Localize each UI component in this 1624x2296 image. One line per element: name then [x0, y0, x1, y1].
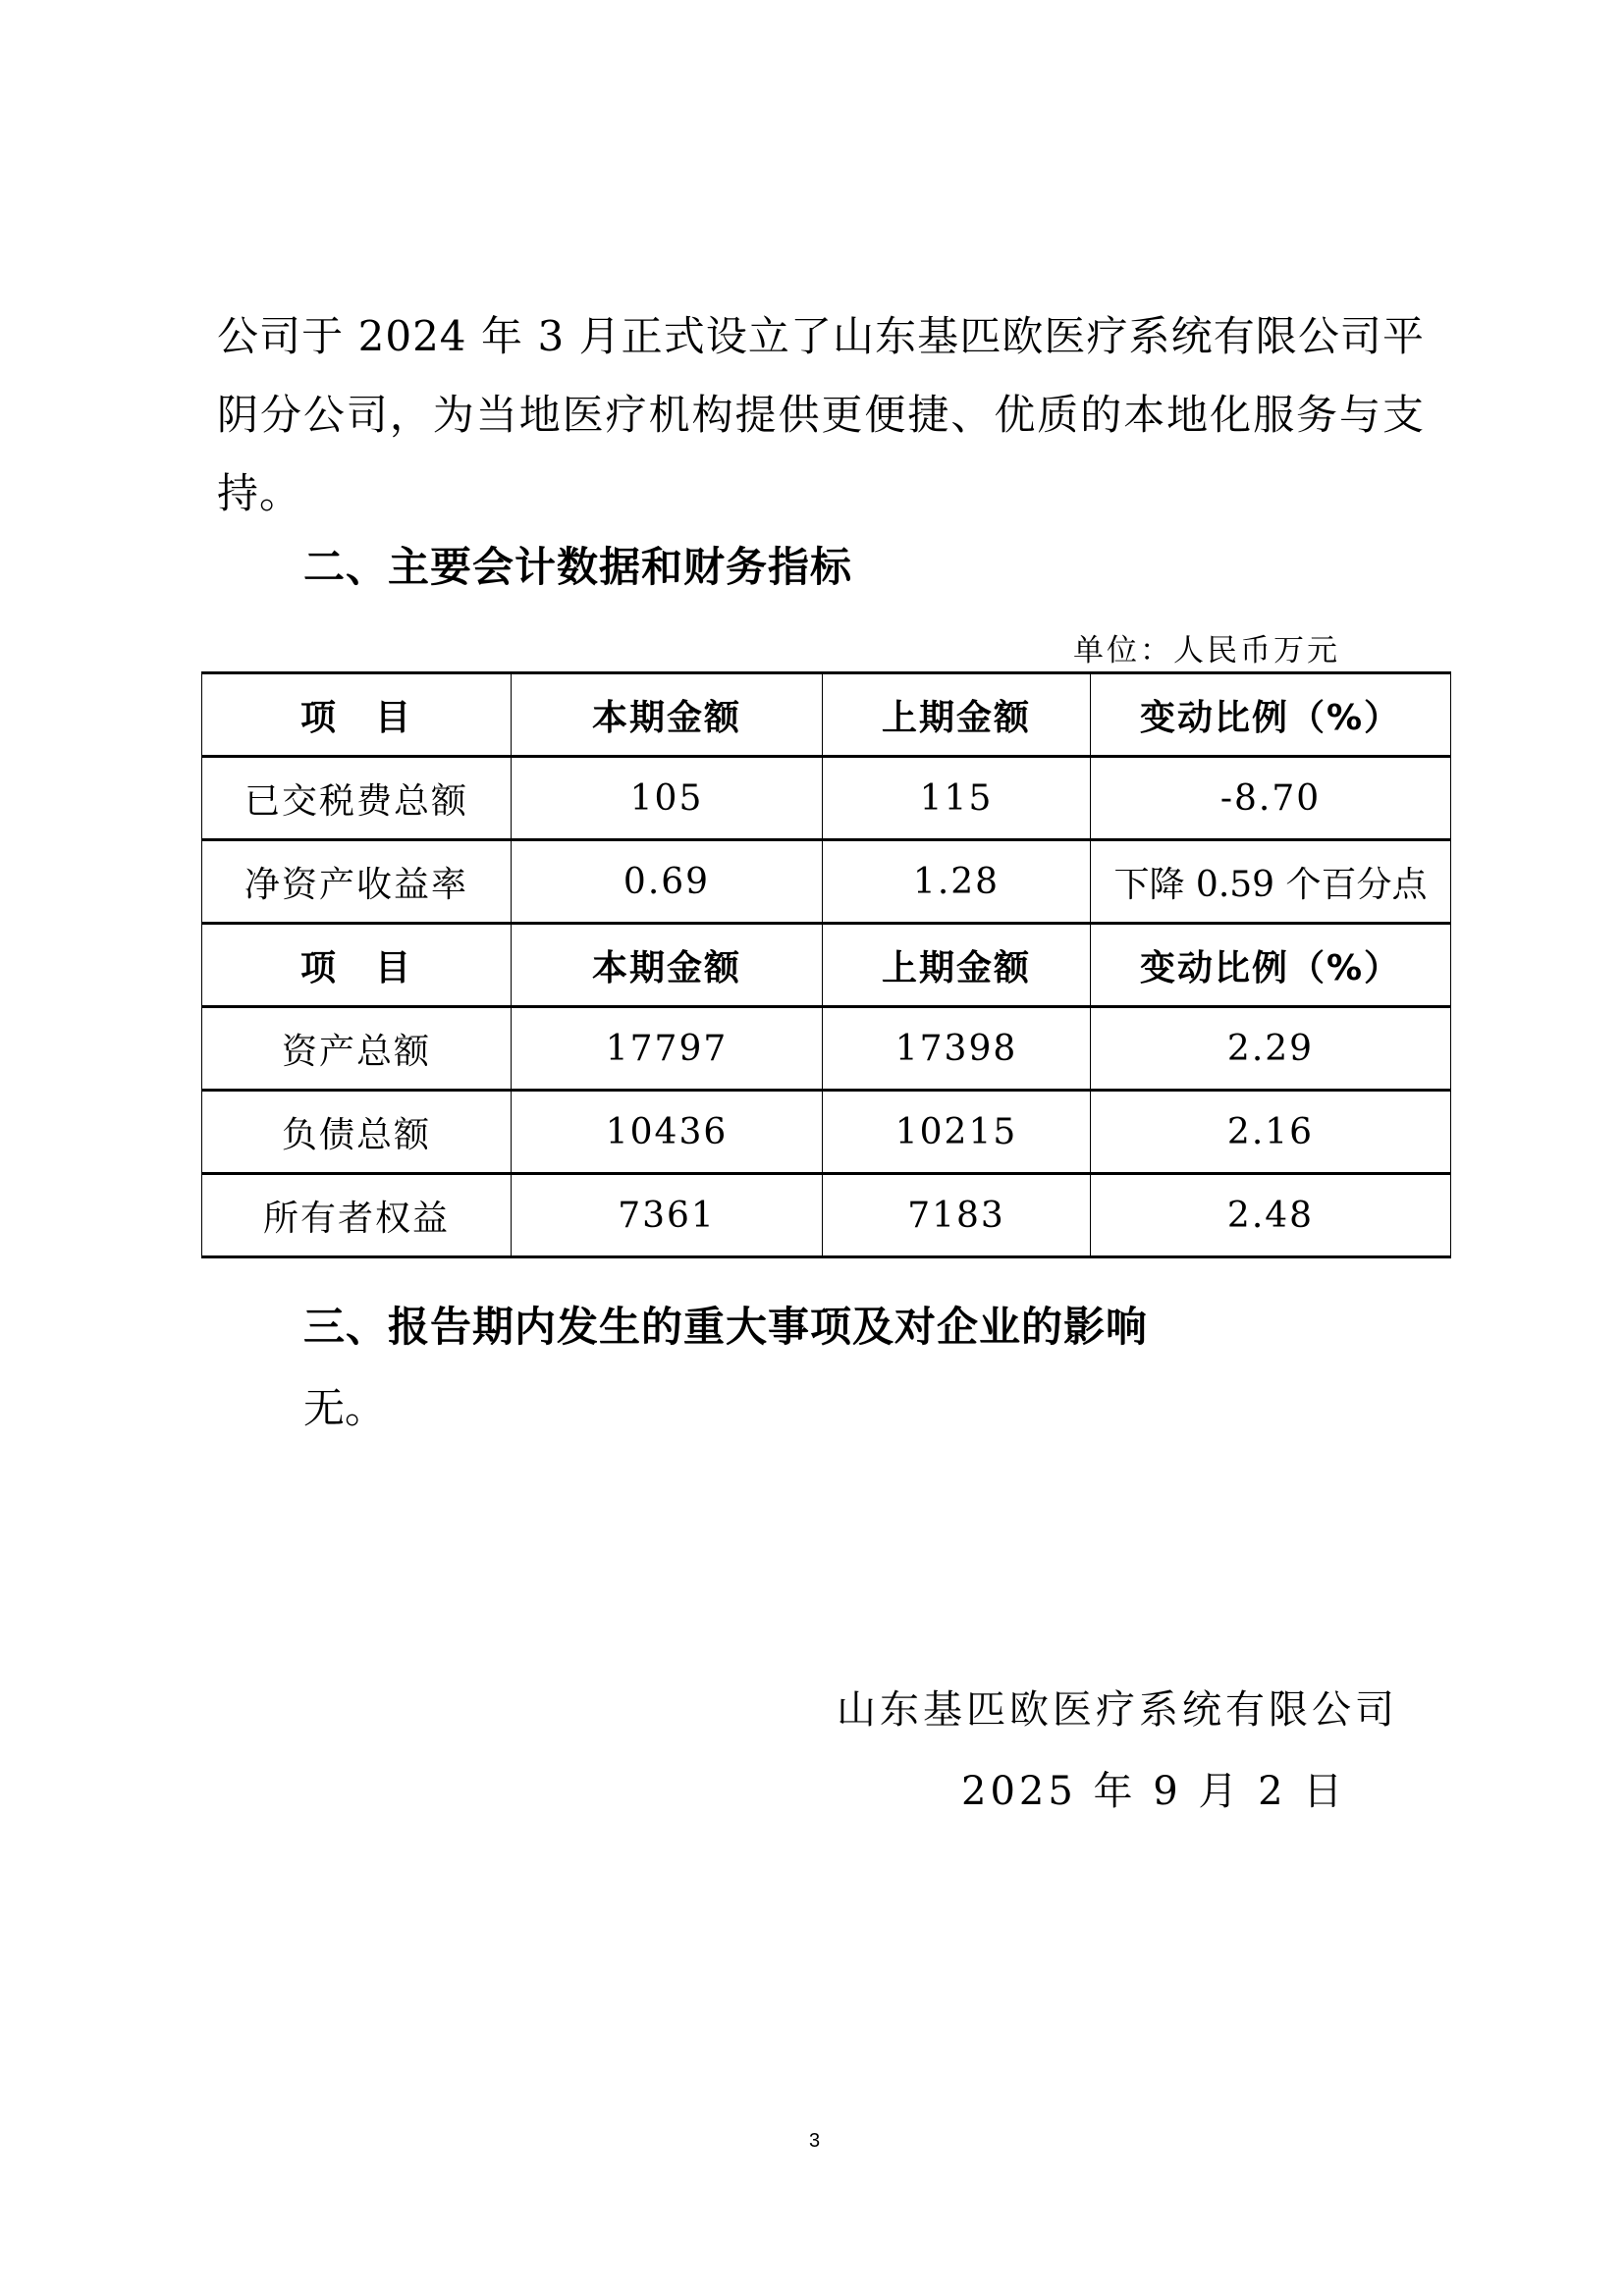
table-row: 净资产收益率 0.69 1.28 下降 0.59 个百分点	[202, 840, 1451, 924]
row-previous: 1.28	[823, 840, 1091, 924]
header-previous: 上期金额	[823, 924, 1091, 1007]
header-current: 本期金额	[512, 924, 823, 1007]
row-previous: 115	[823, 757, 1091, 840]
table-row: 负债总额 10436 10215 2.16	[202, 1091, 1451, 1174]
signature-date: 2025 年 9 月 2 日	[961, 1767, 1346, 1816]
row-change: -8.70	[1091, 757, 1451, 840]
header-current: 本期金额	[512, 673, 823, 757]
header-item: 项 目	[202, 673, 512, 757]
row-current: 17797	[512, 1007, 823, 1091]
table-header-row: 项 目 本期金额 上期金额 变动比例（%）	[202, 924, 1451, 1007]
table-row: 已交税费总额 105 115 -8.70	[202, 757, 1451, 840]
section-3-body: 无。	[303, 1384, 386, 1433]
section-2-heading: 二、主要会计数据和财务指标	[303, 543, 852, 592]
row-change: 下降 0.59 个百分点	[1091, 840, 1451, 924]
table-row: 所有者权益 7361 7183 2.48	[202, 1174, 1451, 1257]
signature-company: 山东基匹欧医疗系统有限公司	[837, 1685, 1398, 1735]
unit-label: 单位：人民币万元	[1073, 626, 1340, 675]
header-change: 变动比例（%）	[1091, 673, 1451, 757]
header-change: 变动比例（%）	[1091, 924, 1451, 1007]
row-previous: 7183	[823, 1174, 1091, 1257]
financial-indicators-table: 项 目 本期金额 上期金额 变动比例（%） 已交税费总额 105 115 -8.…	[201, 671, 1451, 1258]
row-change: 2.29	[1091, 1007, 1451, 1091]
header-item: 项 目	[202, 924, 512, 1007]
row-current: 10436	[512, 1091, 823, 1174]
row-label: 负债总额	[202, 1091, 512, 1174]
row-change: 2.16	[1091, 1091, 1451, 1174]
table-header-row: 项 目 本期金额 上期金额 变动比例（%）	[202, 673, 1451, 757]
intro-paragraph-line-3: 持。	[217, 469, 301, 518]
row-label: 净资产收益率	[202, 840, 512, 924]
intro-paragraph-line-1: 公司于 2024 年 3 月正式设立了山东基匹欧医疗系统有限公司平	[217, 312, 1425, 361]
row-label: 资产总额	[202, 1007, 512, 1091]
row-change: 2.48	[1091, 1174, 1451, 1257]
row-current: 7361	[512, 1174, 823, 1257]
page-number: 3	[809, 2130, 820, 2153]
header-previous: 上期金额	[823, 673, 1091, 757]
table-row: 资产总额 17797 17398 2.29	[202, 1007, 1451, 1091]
row-label: 所有者权益	[202, 1174, 512, 1257]
row-previous: 10215	[823, 1091, 1091, 1174]
row-previous: 17398	[823, 1007, 1091, 1091]
row-current: 105	[512, 757, 823, 840]
intro-paragraph-line-2: 阴分公司，为当地医疗机构提供更便捷、优质的本地化服务与支	[217, 391, 1425, 440]
row-current: 0.69	[512, 840, 823, 924]
row-label: 已交税费总额	[202, 757, 512, 840]
section-3-heading: 三、报告期内发生的重大事项及对企业的影响	[303, 1303, 1148, 1352]
